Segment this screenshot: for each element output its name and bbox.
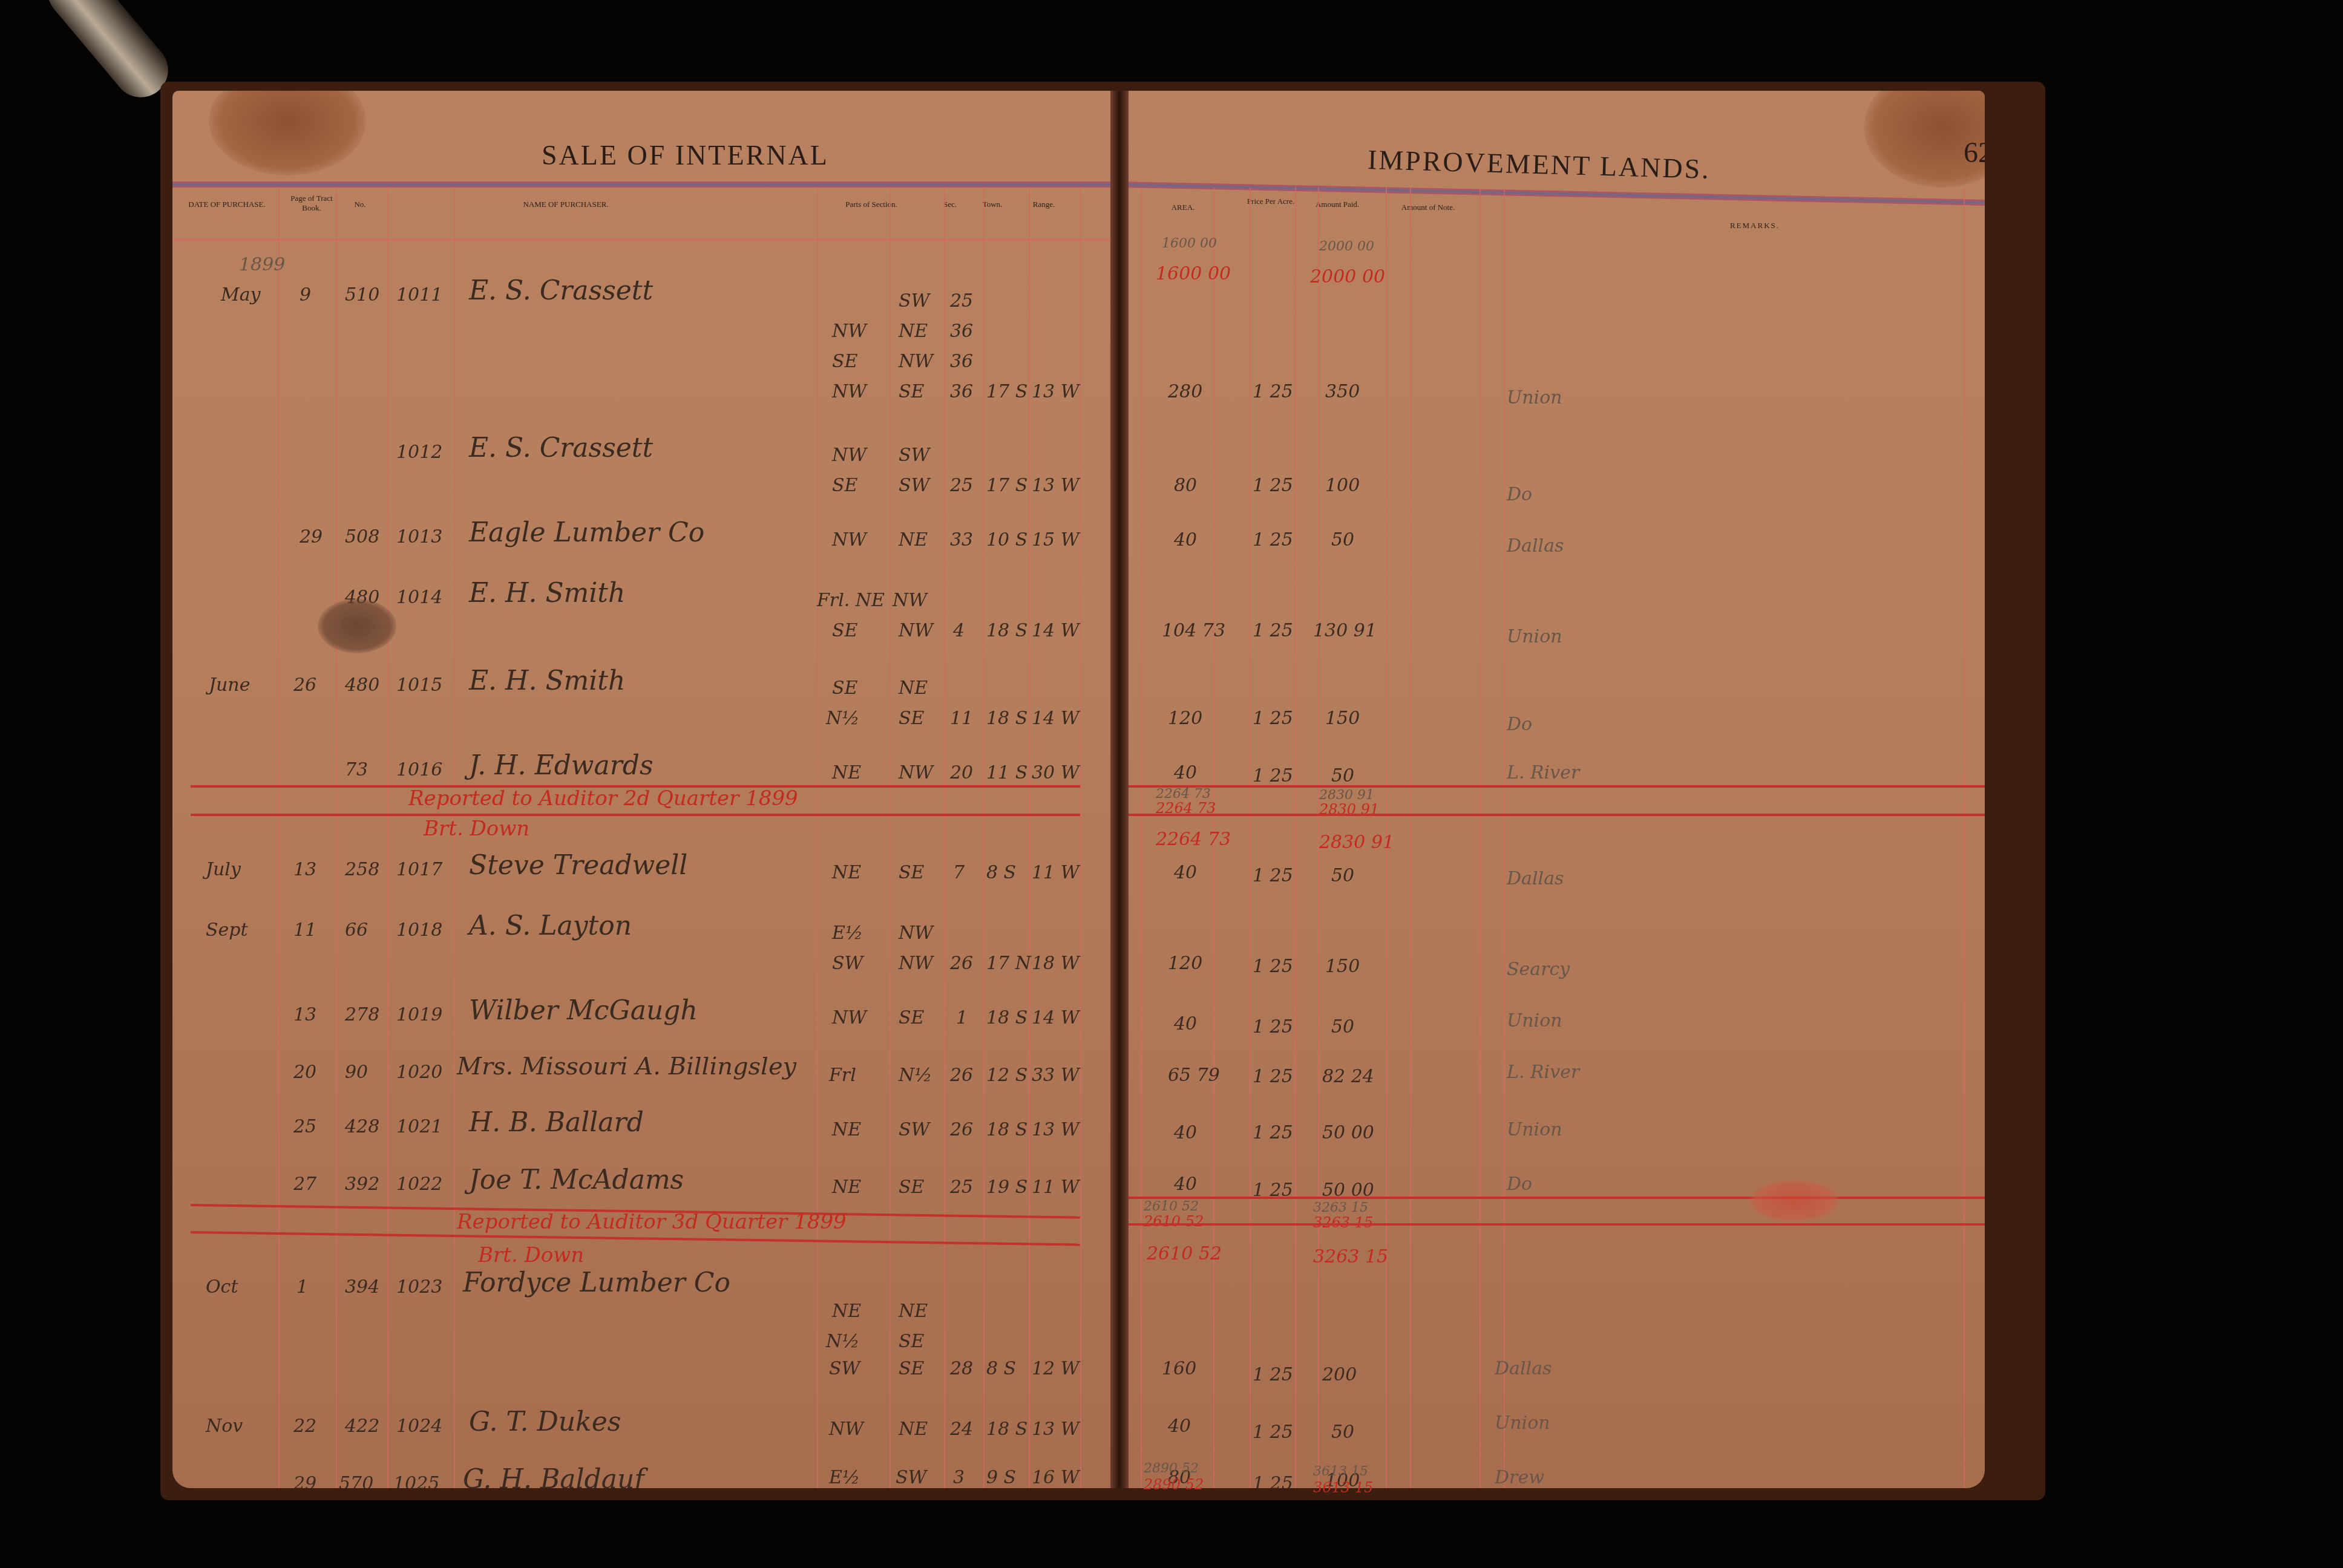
entry-area: 40 <box>1174 1013 1197 1034</box>
entry-sec: 28 <box>950 1358 973 1379</box>
col-range: Range. <box>1020 200 1068 209</box>
entry-day: 13 <box>293 859 316 880</box>
entry-part: SW <box>899 290 929 312</box>
entry-part: SW <box>829 1358 860 1379</box>
entry-town: 8 S <box>986 1358 1016 1379</box>
entry-page: 570 <box>339 1473 373 1488</box>
entry-page: 66 <box>345 920 368 941</box>
carried-area: 1600 00 <box>1156 263 1231 284</box>
col-divider <box>278 188 280 1488</box>
entry-day: 22 <box>293 1416 316 1437</box>
entry-name: Fordyce Lumber Co <box>463 1267 730 1298</box>
entry-range: 11 W <box>1032 862 1080 883</box>
entry-name: Wilber McGaugh <box>469 995 698 1026</box>
entry-part: NW <box>829 1419 863 1440</box>
entry-no: 1023 <box>396 1276 442 1298</box>
entry-remark: Dallas <box>1507 535 1564 557</box>
entry-part: E½ <box>832 923 863 944</box>
entry-part: SE <box>832 475 857 496</box>
entry-price: 1 25 <box>1253 956 1293 977</box>
entry-part: NE <box>832 1301 861 1322</box>
entry-town: 12 S <box>986 1065 1027 1086</box>
entry-part: N½ <box>826 1331 859 1352</box>
entry-sec: 3 <box>953 1467 965 1488</box>
entry-page: 394 <box>345 1276 379 1298</box>
entry-part: NE <box>899 321 928 342</box>
entry-area: 40 <box>1174 1122 1197 1143</box>
entry-sec: 1 <box>956 1007 968 1028</box>
entry-amount: 150 <box>1325 956 1360 977</box>
entry-part: SE <box>899 1331 924 1352</box>
entry-town: 18 S <box>986 708 1027 729</box>
col-divider <box>336 188 337 1488</box>
entry-town: 17 N <box>986 953 1031 974</box>
entry-town: 19 S <box>986 1177 1027 1198</box>
col-name: NAME OF PURCHASER. <box>415 200 717 209</box>
entry-month: July <box>206 859 241 880</box>
entry-amount: 50 <box>1331 1016 1354 1037</box>
entry-town: 10 S <box>986 529 1027 550</box>
entry-part: Frl. NE <box>817 590 885 611</box>
col-sec: Sec. <box>935 200 965 209</box>
entry-remark: Do <box>1507 714 1532 735</box>
entry-part: NW <box>832 321 867 342</box>
entry-area: 160 <box>1162 1358 1196 1379</box>
col-town: Town. <box>971 200 1014 209</box>
entry-price: 1 25 <box>1253 865 1293 886</box>
col-divider <box>817 188 818 1488</box>
entry-range: 14 W <box>1032 708 1080 729</box>
entry-sec: 33 <box>950 529 973 550</box>
entry-day: 11 <box>293 920 316 941</box>
entry-no: 1018 <box>396 920 442 941</box>
entry-part: SE <box>899 708 924 729</box>
entry-part: NW <box>899 620 933 641</box>
entry-amount: 100 <box>1325 475 1360 496</box>
entry-no: 1014 <box>396 587 442 608</box>
col-amount: Amount Paid. <box>1301 200 1374 209</box>
entry-name: Steve Treadwell <box>469 850 687 881</box>
entry-part: NE <box>899 529 928 550</box>
entry-page: 392 <box>345 1174 379 1195</box>
left-page: SALE OF INTERNAL DATE OF PURCHASE. Page … <box>172 91 1116 1488</box>
entry-day: 1 <box>297 1276 308 1298</box>
entry-name: J. H. Edwards <box>469 750 654 781</box>
footer-area: 2890 52 <box>1144 1476 1204 1493</box>
entry-town: 18 S <box>986 620 1027 641</box>
entry-area: 65 79 <box>1168 1065 1220 1086</box>
brought-down-area: 2264 73 <box>1156 829 1231 850</box>
entry-range: 14 W <box>1032 620 1080 641</box>
col-divider <box>387 188 388 1488</box>
entry-part: N½ <box>899 1065 932 1086</box>
col-divider <box>1029 188 1030 1488</box>
subtotal-area: 2610 52 <box>1144 1213 1204 1230</box>
entry-remark: Dallas <box>1495 1358 1552 1379</box>
entry-price: 1 25 <box>1253 765 1293 786</box>
ink-blot <box>318 599 396 653</box>
entry-name: A. S. Layton <box>469 910 632 941</box>
col-date: DATE OF PURCHASE. <box>182 200 272 209</box>
entry-range: 18 W <box>1032 953 1080 974</box>
entry-part: NW <box>832 529 867 550</box>
entry-price: 1 25 <box>1253 1122 1293 1143</box>
entry-town: 17 S <box>986 381 1027 402</box>
entry-remark: Union <box>1507 626 1562 647</box>
entry-price: 1 25 <box>1253 475 1293 496</box>
entry-remark: Union <box>1495 1413 1550 1434</box>
entry-month: May <box>221 284 261 305</box>
entry-town: 18 S <box>986 1419 1027 1440</box>
entry-price: 1 25 <box>1253 1364 1293 1385</box>
entry-part: SE <box>832 678 857 699</box>
col-page: Page of Tract Book. <box>287 194 336 213</box>
entry-day: 27 <box>293 1174 316 1195</box>
entry-range: 33 W <box>1032 1065 1080 1086</box>
entry-no: 1022 <box>396 1174 442 1195</box>
entry-part: SW <box>896 1467 926 1488</box>
entry-name: G. T. Dukes <box>469 1406 621 1437</box>
entry-no: 1016 <box>396 759 442 780</box>
entry-part: N½ <box>826 708 859 729</box>
entry-part: E½ <box>829 1467 860 1488</box>
entry-range: 13 W <box>1032 475 1080 496</box>
col-note: Amount of Note. <box>1392 203 1464 212</box>
entry-amount: 200 <box>1322 1364 1357 1385</box>
entry-price: 1 25 <box>1253 1016 1293 1037</box>
entry-day: 29 <box>300 526 323 547</box>
entry-remark: Union <box>1507 1010 1562 1031</box>
entry-name: Eagle Lumber Co <box>469 517 704 548</box>
entry-part: SW <box>899 445 929 466</box>
entry-range: 13 W <box>1032 381 1080 402</box>
entry-no: 1012 <box>396 442 442 463</box>
entry-page: 73 <box>345 759 368 780</box>
entry-remark: L. River <box>1507 1062 1579 1083</box>
entry-amount: 50 <box>1331 1422 1354 1443</box>
water-stain <box>209 91 366 175</box>
entry-area: 104 73 <box>1162 620 1225 641</box>
entry-page: 90 <box>345 1062 368 1083</box>
entry-area: 40 <box>1168 1416 1191 1437</box>
page-number: 62 <box>1964 136 1985 169</box>
entry-price: 1 25 <box>1253 529 1293 550</box>
entry-range: 30 W <box>1032 762 1080 783</box>
entry-part: NW <box>899 923 933 944</box>
col-area: AREA. <box>1144 203 1222 212</box>
entry-part: Frl <box>829 1065 856 1086</box>
entry-day: 26 <box>293 675 316 696</box>
entry-page: 508 <box>345 526 379 547</box>
entry-month: Sept <box>206 920 248 941</box>
entry-amount: 50 <box>1331 865 1354 886</box>
red-total-rule <box>1119 1197 1985 1199</box>
entry-part: NW <box>899 762 933 783</box>
entry-sec: 26 <box>950 1065 973 1086</box>
col-divider <box>944 188 945 1488</box>
entry-page: 510 <box>345 284 379 305</box>
entry-amount: 150 <box>1325 708 1360 729</box>
entry-town: 17 S <box>986 475 1027 496</box>
entry-part: SW <box>899 475 929 496</box>
entry-area: 40 <box>1174 762 1197 783</box>
entry-range: 11 W <box>1032 1177 1080 1198</box>
entry-sec: 26 <box>950 1119 973 1140</box>
entry-range: 13 W <box>1032 1419 1080 1440</box>
entry-remark: L. River <box>1507 762 1579 783</box>
entry-name: Joe T. McAdams <box>469 1165 684 1195</box>
col-divider <box>1964 188 1965 1488</box>
entry-no: 1015 <box>396 675 442 696</box>
col-price: Price Per Acre. <box>1244 197 1298 206</box>
footer-area-pencil: 2890 52 <box>1144 1461 1199 1476</box>
entry-remark: Do <box>1507 1174 1532 1195</box>
entry-no: 1021 <box>396 1116 442 1137</box>
entry-day: 9 <box>300 284 311 305</box>
entry-town: 18 S <box>986 1119 1027 1140</box>
entry-part: SE <box>832 351 857 372</box>
entry-price: 1 25 <box>1253 620 1293 641</box>
col-no: No. <box>342 200 378 209</box>
entry-name: E. H. Smith <box>469 665 625 696</box>
entry-amount: 50 <box>1331 529 1354 550</box>
entry-part: NE <box>832 1177 861 1198</box>
entry-day: 29 <box>293 1473 316 1488</box>
entry-range: 12 W <box>1032 1358 1080 1379</box>
entry-part: NE <box>832 1119 861 1140</box>
entry-page: 278 <box>345 1004 379 1025</box>
auditor-report-note: Reported to Auditor 2d Quarter 1899 <box>408 786 798 811</box>
footer-amount-pencil: 3613 15 <box>1313 1464 1368 1479</box>
entry-part: SE <box>899 1358 924 1379</box>
entry-page: 258 <box>345 859 379 880</box>
entry-part: NW <box>893 590 927 611</box>
entry-remark: Drew <box>1495 1467 1544 1488</box>
entry-part: SE <box>899 1007 924 1028</box>
entry-name: E. H. Smith <box>469 578 625 609</box>
carried-area-pencil: 1600 00 <box>1162 236 1217 251</box>
carried-amount: 2000 00 <box>1310 266 1385 287</box>
entry-amount: 130 91 <box>1313 620 1377 641</box>
entry-part: SE <box>832 620 857 641</box>
entry-part: NW <box>832 445 867 466</box>
entry-range: 16 W <box>1032 1467 1080 1488</box>
subtotal-area-pencil: 2610 52 <box>1144 1199 1199 1214</box>
right-page-title: IMPROVEMENT LANDS. <box>1367 143 1711 185</box>
entry-town: 8 S <box>986 862 1016 883</box>
red-ink-stamp <box>1749 1180 1840 1222</box>
entry-area: 40 <box>1174 862 1197 883</box>
entry-sec: 36 <box>950 381 973 402</box>
entry-no: 1019 <box>396 1004 442 1025</box>
entry-area: 40 <box>1174 529 1197 550</box>
entry-no: 1024 <box>396 1416 442 1437</box>
entry-sec: 20 <box>950 762 973 783</box>
entry-no: 1020 <box>396 1062 442 1083</box>
brought-down-amount: 3263 15 <box>1313 1246 1388 1267</box>
entry-part: NE <box>899 1301 928 1322</box>
entry-sec: 26 <box>950 953 973 974</box>
entry-no: 1013 <box>396 526 442 547</box>
entry-part: NW <box>899 351 933 372</box>
header-bottom-rule <box>172 239 1116 241</box>
entry-amount: 50 <box>1331 765 1354 786</box>
header-rule <box>172 181 1116 188</box>
entry-name: G. H. Baldauf <box>463 1464 644 1488</box>
entry-sec: 11 <box>950 708 973 729</box>
red-total-rule <box>1119 1223 1985 1226</box>
entry-range: 13 W <box>1032 1119 1080 1140</box>
entry-part: SE <box>899 1177 924 1198</box>
entry-town: 18 S <box>986 1007 1027 1028</box>
entry-part: NE <box>899 678 928 699</box>
col-divider <box>1080 188 1081 1488</box>
entry-price: 1 25 <box>1253 381 1293 402</box>
entry-name: E. S. Crassett <box>469 433 653 463</box>
entry-no: 1011 <box>396 284 442 305</box>
entry-part: SW <box>832 953 863 974</box>
brought-down-note: Brt. Down <box>424 817 529 841</box>
auditor-report-note: Reported to Auditor 3d Quarter 1899 <box>457 1210 847 1234</box>
entry-month: June <box>209 675 250 696</box>
entry-part: NW <box>832 381 867 402</box>
entry-month: Oct <box>206 1276 238 1298</box>
entry-name: E. S. Crassett <box>469 275 653 306</box>
col-remarks: REMARKS. <box>1634 221 1876 230</box>
brought-down-amount: 2830 91 <box>1319 832 1394 853</box>
entry-remark: Union <box>1507 1119 1562 1140</box>
entry-area: 120 <box>1168 953 1202 974</box>
entry-no: 1017 <box>396 859 442 880</box>
entry-remark: Do <box>1507 484 1532 505</box>
red-total-rule <box>1119 785 1985 788</box>
entry-sec: 36 <box>950 351 973 372</box>
col-divider <box>1295 188 1296 1488</box>
entry-sec: 25 <box>950 475 973 496</box>
footer-amount: 3613 15 <box>1313 1479 1373 1496</box>
entry-price: 1 25 <box>1253 1066 1293 1087</box>
entry-day: 25 <box>293 1116 316 1137</box>
entry-name: H. B. Ballard <box>469 1107 644 1138</box>
entry-part: SE <box>899 862 924 883</box>
entry-amount: 50 00 <box>1322 1122 1374 1143</box>
entry-area: 40 <box>1174 1174 1197 1195</box>
col-divider <box>1410 188 1411 1488</box>
book-gutter <box>1110 91 1129 1488</box>
entry-area: 120 <box>1168 708 1202 729</box>
entry-day: 13 <box>293 1004 316 1025</box>
entry-price: 1 25 <box>1253 1422 1293 1443</box>
entry-part: NW <box>832 1007 867 1028</box>
entry-name: Mrs. Missouri A. Billingsley <box>457 1053 796 1080</box>
col-parts: Parts of Section. <box>814 200 929 209</box>
entry-sec: 4 <box>953 620 965 641</box>
entry-sec: 36 <box>950 321 973 342</box>
entry-area: 280 <box>1168 381 1202 402</box>
subtotal-amount-pencil: 3263 15 <box>1313 1200 1368 1215</box>
brought-down-area: 2610 52 <box>1147 1243 1222 1264</box>
entry-price: 1 25 <box>1253 1473 1293 1488</box>
left-page-title: SALE OF INTERNAL <box>542 139 829 171</box>
entry-no: 1025 <box>393 1473 439 1488</box>
entry-range: 14 W <box>1032 1007 1080 1028</box>
entry-page: 428 <box>345 1116 379 1137</box>
entry-page: 422 <box>345 1416 379 1437</box>
entry-area: 80 <box>1174 475 1197 496</box>
entry-part: NW <box>899 953 933 974</box>
entry-month: Nov <box>206 1416 243 1437</box>
entry-town: 9 S <box>986 1467 1016 1488</box>
col-divider <box>1141 188 1142 1488</box>
entry-amount: 82 24 <box>1322 1066 1374 1087</box>
entry-amount: 350 <box>1325 381 1360 402</box>
entry-remark: Searcy <box>1507 959 1570 980</box>
entry-part: NE <box>899 1419 928 1440</box>
entry-sec: 7 <box>953 862 965 883</box>
col-divider <box>1480 188 1481 1488</box>
entry-sec: 25 <box>950 290 973 312</box>
entry-page: 480 <box>345 675 379 696</box>
entry-remark: Dallas <box>1507 868 1564 889</box>
entry-sec: 24 <box>950 1419 973 1440</box>
col-divider <box>1250 188 1251 1488</box>
col-divider <box>890 188 891 1488</box>
carried-amount-pencil: 2000 00 <box>1319 239 1374 254</box>
red-total-rule <box>191 814 1080 816</box>
entry-part: NE <box>832 762 861 783</box>
entry-day: 20 <box>293 1062 316 1083</box>
entry-part: NE <box>832 862 861 883</box>
year: 1899 <box>239 254 285 275</box>
entry-town: 11 S <box>986 762 1027 783</box>
col-divider <box>1504 188 1505 1488</box>
subtotal-amount: 3263 15 <box>1313 1214 1373 1231</box>
col-divider <box>983 188 985 1488</box>
brought-down-note: Brt. Down <box>478 1243 584 1267</box>
entry-remark: Union <box>1507 387 1562 408</box>
entry-sec: 25 <box>950 1177 973 1198</box>
entry-price: 1 25 <box>1253 708 1293 729</box>
entry-part: SE <box>899 381 924 402</box>
red-total-rule <box>1119 814 1985 816</box>
entry-part: SW <box>899 1119 929 1140</box>
right-page: IMPROVEMENT LANDS. 62 AREA. Price Per Ac… <box>1119 91 1985 1488</box>
entry-range: 15 W <box>1032 529 1080 550</box>
